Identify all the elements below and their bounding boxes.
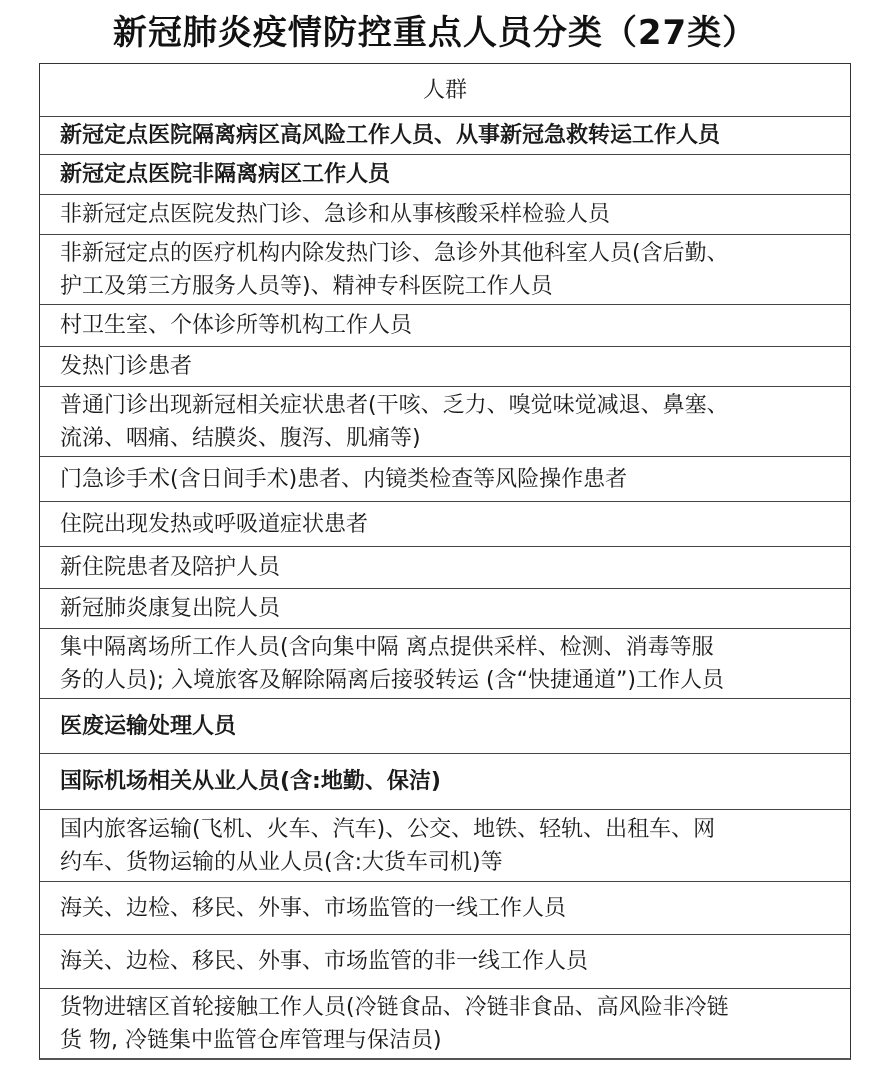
table-row: 新冠肺炎康复出院人员 <box>40 588 850 628</box>
row-text-line: 门急诊手术(含日间手术)患者、内镜类检查等风险操作患者 <box>60 463 850 496</box>
table-row: 海关、边检、移民、外事、市场监管的非一线工作人员 <box>40 934 850 988</box>
table-row: 货物进辖区首轮接触工作人员(冷链食品、冷链非食品、高风险非冷链货 物, 冷链集中… <box>40 988 850 1058</box>
table-row: 新住院患者及陪护人员 <box>40 546 850 588</box>
row-text-line: 非新冠定点医院发热门诊、急诊和从事核酸采样检验人员 <box>60 198 850 231</box>
table-header: 人群 <box>40 64 850 116</box>
row-text-line: 新住院患者及陪护人员 <box>60 551 850 584</box>
row-text-line: 护工及第三方服务人员等)、精神专科医院工作人员 <box>60 270 850 303</box>
row-text-line: 新冠定点医院隔离病区高风险工作人员、从事新冠急救转运工作人员 <box>60 119 850 152</box>
row-text-line: 新冠定点医院非隔离病区工作人员 <box>60 158 850 191</box>
row-text-line: 货物进辖区首轮接触工作人员(冷链食品、冷链非食品、高风险非冷链 <box>60 991 850 1024</box>
page-title: 新冠肺炎疫情防控重点人员分类（27类） <box>0 10 870 56</box>
row-text-line: 发热门诊患者 <box>60 350 850 383</box>
row-text-line: 海关、边检、移民、外事、市场监管的非一线工作人员 <box>60 945 850 978</box>
row-text-line: 新冠肺炎康复出院人员 <box>60 592 850 625</box>
table-row: 住院出现发热或呼吸道症状患者 <box>40 501 850 546</box>
column-header-population: 人群 <box>423 74 467 107</box>
row-text-line: 住院出现发热或呼吸道症状患者 <box>60 508 850 541</box>
row-text-line: 流涕、咽痛、结膜炎、腹泻、肌痛等) <box>60 422 850 455</box>
table-row: 门急诊手术(含日间手术)患者、内镜类检查等风险操作患者 <box>40 456 850 501</box>
table-row: 海关、边检、移民、外事、市场监管的一线工作人员 <box>40 881 850 934</box>
row-text-line: 医废运输处理人员 <box>60 710 850 743</box>
row-text-line: 国际机场相关从业人员(含:地勤、保洁) <box>60 765 850 798</box>
table-row: 普通门诊出现新冠相关症状患者(干咳、乏力、嗅觉味觉减退、鼻塞、流涕、咽痛、结膜炎… <box>40 386 850 456</box>
row-text-line: 约车、货物运输的从业人员(含:大货车司机)等 <box>60 846 850 879</box>
row-text-line: 货 物, 冷链集中监管仓库管理与保洁员) <box>60 1024 850 1057</box>
row-text-line: 国内旅客运输(飞机、火车、汽车)、公交、地铁、轻轨、出租车、网 <box>60 813 850 846</box>
table-row: 非新冠定点的医疗机构内除发热门诊、急诊外其他科室人员(含后勤、护工及第三方服务人… <box>40 234 850 304</box>
table-row: 新冠定点医院非隔离病区工作人员 <box>40 154 850 194</box>
table-row: 国内旅客运输(飞机、火车、汽车)、公交、地铁、轻轨、出租车、网约车、货物运输的从… <box>40 809 850 881</box>
personnel-classification-table: 人群 新冠定点医院隔离病区高风险工作人员、从事新冠急救转运工作人员新冠定点医院非… <box>39 63 851 1060</box>
table-row: 发热门诊患者 <box>40 346 850 386</box>
row-text-line: 务的人员); 入境旅客及解除隔离后接驳转运 (含“快捷通道”)工作人员 <box>60 664 850 697</box>
row-text-line: 普通门诊出现新冠相关症状患者(干咳、乏力、嗅觉味觉减退、鼻塞、 <box>60 389 850 422</box>
table-row: 集中隔离场所工作人员(含向集中隔 离点提供采样、检测、消毒等服务的人员); 入境… <box>40 628 850 698</box>
row-text-line: 非新冠定点的医疗机构内除发热门诊、急诊外其他科室人员(含后勤、 <box>60 237 850 270</box>
row-text-line: 村卫生室、个体诊所等机构工作人员 <box>60 309 850 342</box>
table-row: 新冠定点医院隔离病区高风险工作人员、从事新冠急救转运工作人员 <box>40 116 850 154</box>
row-text-line: 集中隔离场所工作人员(含向集中隔 离点提供采样、检测、消毒等服 <box>60 631 850 664</box>
row-text-line: 海关、边检、移民、外事、市场监管的一线工作人员 <box>60 892 850 925</box>
table-row: 国际机场相关从业人员(含:地勤、保洁) <box>40 753 850 809</box>
table-row: 非新冠定点医院发热门诊、急诊和从事核酸采样检验人员 <box>40 194 850 234</box>
table-row: 医废运输处理人员 <box>40 698 850 753</box>
table-row: 村卫生室、个体诊所等机构工作人员 <box>40 304 850 346</box>
